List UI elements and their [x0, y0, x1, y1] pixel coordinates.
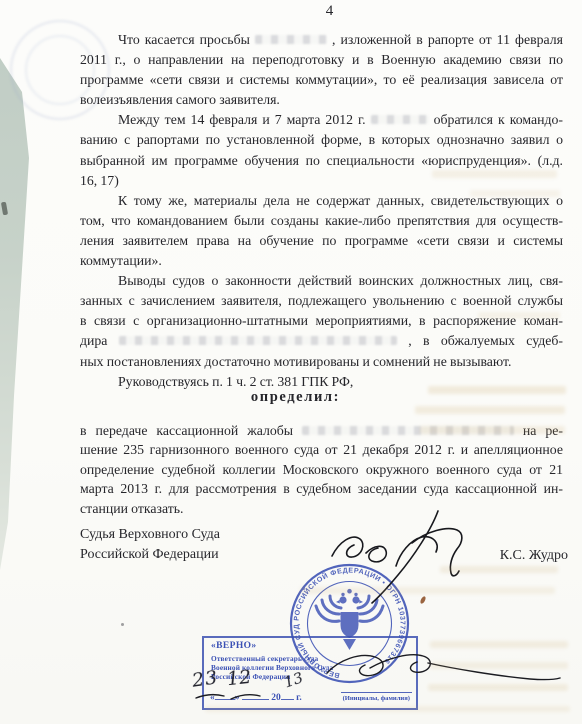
scanned-document-page: 4 Что касается просьбы , изложенной в ра… — [0, 0, 582, 724]
text-line: Между тем 14 февраля и 7 марта 2012 г. о… — [80, 110, 563, 130]
bleed-through-mark — [415, 406, 565, 414]
redacted-text — [119, 336, 397, 345]
bleed-through-mark — [205, 706, 570, 712]
page-number: 4 — [88, 3, 571, 20]
text-line: определение судебной коллегии Московског… — [80, 460, 563, 479]
text-segment: , в обжалуемых судеб- — [408, 333, 563, 348]
text-line: том, что командованием были созданы каки… — [80, 211, 563, 231]
text-line: волеизъявления самого заявителя. — [80, 90, 563, 110]
text-line: Что касается просьбы , изложенной в рапо… — [80, 30, 563, 50]
bleed-through-mark — [470, 190, 560, 197]
text-line: программе «сети связи и системы коммутац… — [80, 70, 563, 90]
text-line: Выводы судов о законности действий воинс… — [80, 271, 563, 291]
text-line: дира , в обжалуемых судеб- — [80, 331, 563, 351]
bleed-through-mark — [428, 386, 566, 394]
redacted-text — [371, 115, 429, 124]
bleed-through-mark — [478, 312, 560, 319]
text-line: марта 2013 г. для рассмотрения в судебно… — [80, 479, 563, 498]
bleed-through-mark — [420, 426, 565, 434]
bleed-through-mark — [300, 587, 555, 594]
text-line: станции отказать. — [80, 499, 563, 518]
handwritten-month: 12 — [226, 666, 252, 690]
handwritten-day: 23 — [191, 666, 220, 691]
paper-speck — [121, 623, 124, 626]
closing-text: в передаче кассационной жалобы на ре-шен… — [80, 421, 563, 518]
paper-speck — [419, 596, 426, 605]
text-line: коммутации». — [80, 251, 563, 271]
bleed-through-mark — [440, 566, 558, 573]
bleed-through-mark — [428, 684, 568, 691]
judge-title-line1: Судья Верховного Суда — [80, 525, 220, 545]
text-line: ных постановлениях достаточно мотивирова… — [80, 352, 563, 372]
round-court-seal: ВЕРХОВНЫЙ СУД РОССИЙСКОЙ ФЕДЕРАЦИИ • ОГР… — [286, 560, 413, 687]
date-close-quote: » — [235, 693, 240, 703]
text-segment: обратился к командо- — [434, 112, 563, 127]
text-line: занных с зачислением заявителя, подлежащ… — [80, 291, 563, 311]
year-suffix: г. — [296, 693, 302, 703]
text-segment: дира — [80, 333, 107, 348]
stamp-date-row: «» 20 г. — [210, 690, 302, 703]
bleed-through-mark — [430, 641, 568, 648]
stamp-initials-hint: (Инициалы, фамилия) — [341, 692, 412, 702]
bleed-through-mark — [432, 170, 557, 178]
body-text: Что касается просьбы , изложенной в рапо… — [80, 30, 563, 392]
text-line: ления заявителем права на обучение по пр… — [80, 231, 563, 251]
text-line: шение 235 гарнизонного военного суда от … — [80, 440, 563, 459]
text-segment: Между тем 14 февраля и 7 марта 2012 г. — [118, 112, 366, 127]
judge-name: К.С. Жудро — [500, 548, 568, 564]
day-underline — [215, 690, 235, 700]
text-line: выбранной им программе обучения по специ… — [80, 151, 563, 171]
month-underline — [242, 690, 269, 700]
text-segment: в передаче кассационной жалобы — [80, 423, 293, 438]
double-headed-eagle-icon — [316, 589, 383, 650]
year-prefix: 20 — [271, 693, 281, 703]
text-line: 2011 г., о направлении на переподготовку… — [80, 50, 563, 70]
judge-title-line2: Российской Федерации — [80, 545, 220, 565]
bleed-through-mark — [430, 662, 568, 669]
text-segment: , изложенной в рапорте от 11 февраля — [332, 32, 563, 47]
text-line: ванию с рапортами по установленной форме… — [80, 130, 563, 150]
text-segment: Что касается просьбы — [118, 32, 250, 47]
redacted-text — [255, 35, 327, 44]
stamp-title: «ВЕРНО» — [211, 641, 257, 651]
signature-block: Судья Верховного Суда Российской Федерац… — [80, 525, 220, 564]
